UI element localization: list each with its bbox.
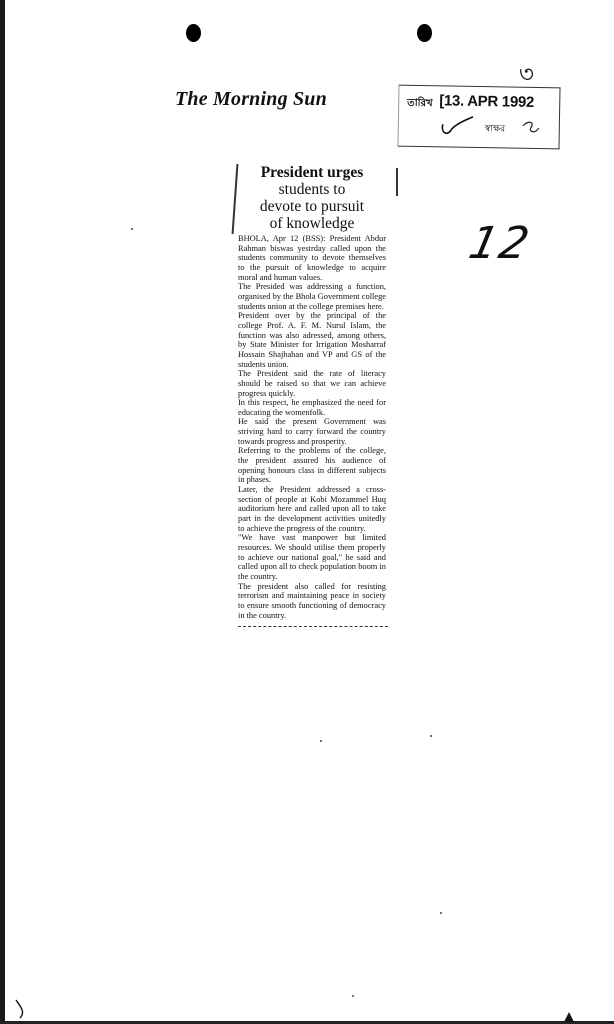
article-headline: President urges students to devote to pu… bbox=[238, 164, 386, 232]
article-clipping: President urges students to devote to pu… bbox=[238, 160, 386, 628]
stamp-date: [13. APR 1992 bbox=[439, 92, 534, 111]
article-paragraph: Later, the President addressed a cross-s… bbox=[238, 485, 386, 533]
article-paragraph: The President said the rate of literacy … bbox=[238, 369, 386, 398]
checkmark-icon bbox=[439, 114, 475, 139]
article-paragraph: The Presided was addressing a function, … bbox=[238, 282, 386, 311]
stamp-label: তারিখ bbox=[407, 96, 433, 113]
scan-left-border bbox=[0, 0, 5, 1024]
article-paragraph: President over by the principal of the c… bbox=[238, 311, 386, 369]
article-paragraph: The president also called for resisting … bbox=[238, 582, 386, 621]
scan-speck bbox=[430, 735, 432, 737]
stamp-signature-label: স্বাক্ষর bbox=[485, 121, 506, 136]
signature-scribble-icon bbox=[521, 118, 551, 139]
headline-line-1: President urges bbox=[261, 164, 364, 181]
punch-hole-right bbox=[417, 24, 432, 42]
headline-line-4: of knowledge bbox=[270, 215, 355, 232]
scan-speck bbox=[320, 740, 322, 742]
article-paragraph: Referring to the problems of the college… bbox=[238, 446, 386, 485]
corner-mark-icon bbox=[562, 1010, 576, 1022]
corner-mark-icon bbox=[14, 998, 28, 1020]
publication-masthead: The Morning Sun bbox=[175, 88, 327, 111]
article-paragraph: In this respect, he emphasized the need … bbox=[238, 398, 386, 417]
clipping-edge-right bbox=[396, 168, 398, 196]
punch-hole-left bbox=[186, 24, 201, 42]
scan-speck bbox=[352, 995, 354, 997]
date-stamp: তারিখ [13. APR 1992 স্বাক্ষর bbox=[397, 85, 560, 150]
article-paragraph: He said the present Government was striv… bbox=[238, 417, 386, 446]
article-body: BHOLA, Apr 12 (BSS): President Abdur Rah… bbox=[238, 234, 386, 620]
article-paragraph: BHOLA, Apr 12 (BSS): President Abdur Rah… bbox=[238, 234, 386, 282]
scan-speck bbox=[440, 912, 442, 914]
headline-line-3: devote to pursuit bbox=[260, 198, 364, 215]
headline-line-2: students to bbox=[279, 181, 346, 198]
article-paragraph: "We have vast manpower but limited resou… bbox=[238, 533, 386, 581]
handwritten-page-number: 12 bbox=[465, 218, 536, 269]
scan-speck bbox=[131, 228, 133, 230]
clipping-bottom-edge bbox=[238, 626, 388, 628]
